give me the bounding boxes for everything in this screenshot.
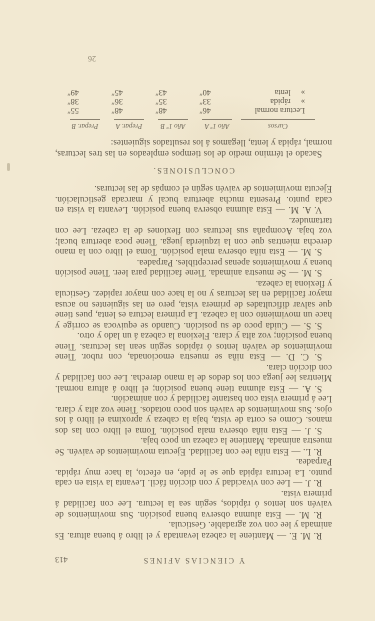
column-header-label: Prepar. B bbox=[72, 122, 99, 130]
column-header-label: Cursos bbox=[268, 122, 288, 130]
table-cell: 33″ bbox=[183, 97, 227, 106]
paragraph: R. M. — Esta alumna observa buena posici… bbox=[55, 489, 332, 521]
table-cell: 55″ bbox=[51, 106, 95, 115]
table-header-rule bbox=[158, 119, 188, 120]
table-row: Lectura normal 46″ 48″ 48″ 55″ bbox=[62, 106, 317, 115]
table-header-row: Cursos Año 1º A Año 1º B Prepar. A bbox=[62, 118, 317, 130]
paragraph: R. L. — Esta niña lee con facilidad. Eje… bbox=[55, 436, 332, 457]
table-cell: 45″ bbox=[95, 88, 139, 97]
table-cell: 36″ bbox=[95, 97, 139, 106]
scanned-book-page: Y CIENCIAS AFINES 413 R. M. E. — Mantien… bbox=[0, 0, 375, 621]
page-content-rotated-180: Y CIENCIAS AFINES 413 R. M. E. — Mantien… bbox=[0, 0, 375, 621]
column-header-label: Año 1º A bbox=[205, 122, 230, 130]
table-row: » rápida 33″ 35″ 36″ 38″ bbox=[62, 97, 317, 106]
page-number: 413 bbox=[55, 555, 68, 565]
table-row: » lenta 40″ 43″ 45″ 49″ bbox=[62, 88, 317, 97]
row-label: Lectura normal bbox=[227, 106, 317, 115]
conclusions-intro: Sacado el término medio de los tiempos e… bbox=[55, 138, 332, 159]
table-cell: 48″ bbox=[95, 106, 139, 115]
table-cell: 38″ bbox=[51, 97, 95, 106]
table-column-header: Prepar. B bbox=[63, 118, 107, 130]
section-heading-conclusiones: CONCLUSIONES. bbox=[55, 166, 332, 175]
table-cell: 46″ bbox=[183, 106, 227, 115]
paragraph: S. S. — Cuida poco de su posición. Cuand… bbox=[55, 279, 332, 332]
table-header-rule bbox=[202, 119, 232, 120]
page-header: Y CIENCIAS AFINES 413 bbox=[55, 554, 332, 565]
printer-signature-mark: 26 bbox=[55, 54, 332, 63]
table-cell: 48″ bbox=[139, 106, 183, 115]
table-column-header: Prepar. A bbox=[107, 118, 151, 130]
paragraph: S. M. — Esta niña observa mala posición.… bbox=[55, 216, 332, 258]
paragraph: R. M. E. — Mantiene la cabeza levantada … bbox=[55, 520, 332, 541]
paragraph: V. A. M. — Esta alumna observa buena pos… bbox=[55, 184, 332, 216]
table-cell: 35″ bbox=[139, 97, 183, 106]
paragraph: S. C. D. — Esta niña se muestra emociona… bbox=[55, 331, 332, 363]
page-body: Y CIENCIAS AFINES 413 R. M. E. — Mantien… bbox=[0, 54, 375, 621]
running-header-title: Y CIENCIAS AFINES bbox=[55, 556, 332, 565]
table-cell: 49″ bbox=[51, 88, 95, 97]
row-label: » rápida bbox=[227, 97, 317, 106]
table-column-header: Cursos bbox=[239, 118, 317, 130]
table-header-rule bbox=[114, 119, 144, 120]
paragraph: S. J. — Esta niña observa mala posición.… bbox=[55, 394, 332, 436]
table-header-rule bbox=[70, 119, 100, 120]
paragraph: S. A. — Esta alumna tiene buena posición… bbox=[55, 363, 332, 395]
paragraph: R. J. — Lee con vivacidad y con dicción … bbox=[55, 457, 332, 489]
table-cell: 43″ bbox=[139, 88, 183, 97]
table-column-header: Año 1º B bbox=[151, 118, 195, 130]
table-cell: 40″ bbox=[183, 88, 227, 97]
paragraph: S. M. — Se muestra animada. Tiene facili… bbox=[55, 258, 332, 279]
row-label: » lenta bbox=[227, 88, 317, 97]
table-column-header: Año 1º A bbox=[195, 118, 239, 130]
reading-times-table: Cursos Año 1º A Año 1º B Prepar. A bbox=[62, 88, 317, 130]
table-header-rule bbox=[241, 119, 315, 120]
column-header-label: Prepar. A bbox=[116, 122, 142, 130]
column-header-label: Año 1º B bbox=[161, 122, 186, 130]
